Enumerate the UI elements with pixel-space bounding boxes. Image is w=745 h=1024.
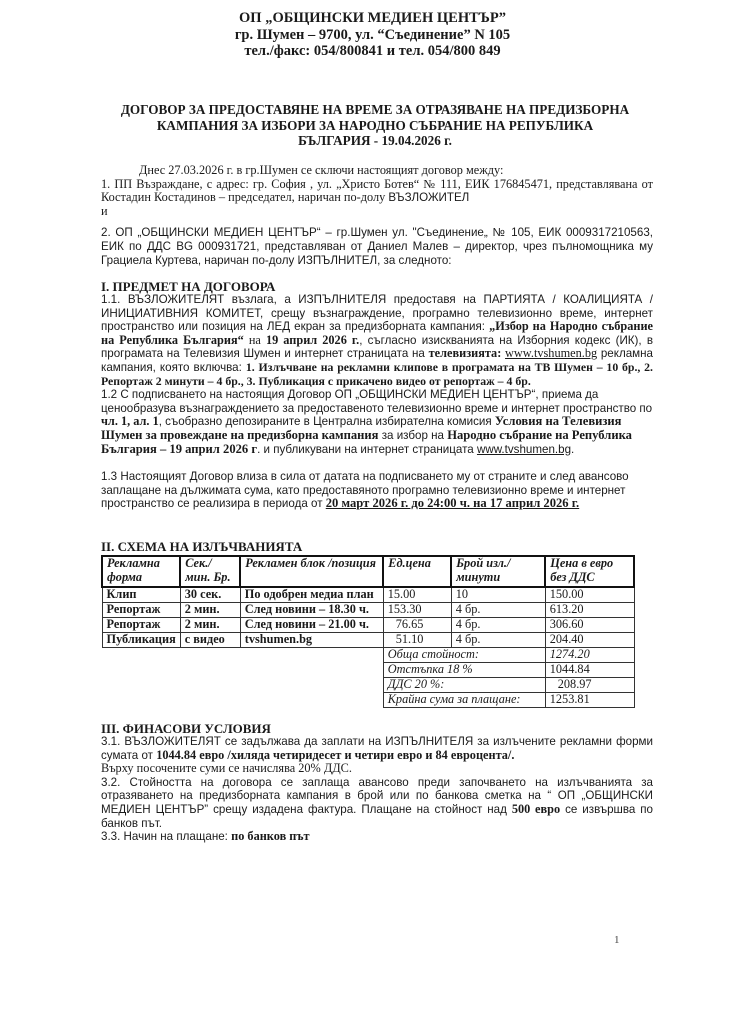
clause-1-3: 1.3 Настоящият Договор влиза в сила от д… [101, 470, 653, 511]
letterhead-address: гр. Шумен – 9700, ул. “Съединение” N 105 [0, 27, 745, 44]
contract-page: ОП „ОБЩИНСКИ МЕДИЕН ЦЕНТЪР” гр. Шумен – … [0, 0, 745, 1024]
clause-3-1-vat: Върху посочените суми се начислява 20% Д… [101, 762, 653, 776]
section-2-heading: II. СХЕМА НА ИЗЛЪЧВАНИЯТА [101, 539, 302, 555]
party-2-role: ИЗПЪЛНИТЕЛ [298, 254, 378, 267]
table-row: Клип 30 сек. По одобрен медиа план 15.00… [102, 587, 634, 603]
broadcast-schedule-table: Рекламна форма Сек./мин. Бр. Рекламен бл… [101, 555, 635, 708]
col-header: Сек./мин. Бр. [180, 556, 240, 587]
letterhead-org-name: ОП „ОБЩИНСКИ МЕДИЕН ЦЕНТЪР” [0, 10, 745, 27]
clause-3-3: 3.3. Начин на плащане: по банков път [101, 830, 653, 844]
totals-row: Крайна сума за плащане: 1253.81 [102, 693, 634, 708]
clause-1-2: 1.2 С подписването на настоящия Договор … [101, 388, 653, 456]
section-1-body: 1.1. ВЪЗЛОЖИТЕЛЯТ възлага, а ИЗПЪЛНИТЕЛЯ… [101, 293, 653, 511]
col-header: Брой изл./ минути [451, 556, 545, 587]
clause-3-2: 3.2. Стойността на договора се заплаща а… [101, 776, 653, 830]
party-1-role: ВЪЗЛОЖИТЕЛ [388, 191, 469, 204]
opening-line: Днес 27.03.2026 г. в гр.Шумен се сключи … [101, 164, 653, 178]
letterhead-phone: тел./факс: 054/800841 и тел. 054/800 849 [0, 43, 745, 60]
col-header: Цена в евро без ДДС [545, 556, 634, 587]
page-number: 1 [614, 934, 620, 946]
tvshumen-link[interactable]: www.tvshumen.bg [505, 346, 597, 360]
totals-row: Отстъпка 18 % 1044.84 [102, 663, 634, 678]
letterhead: ОП „ОБЩИНСКИ МЕДИЕН ЦЕНТЪР” гр. Шумен – … [0, 10, 745, 60]
title-line-3: БЪЛГАРИЯ - 19.04.2026 г. [95, 133, 655, 149]
parties-block: Днес 27.03.2026 г. в гр.Шумен се сключи … [101, 164, 653, 267]
title-line-2: КАМПАНИЯ ЗА ИЗБОРИ ЗА НАРОДНО СЪБРАНИЕ Н… [95, 118, 655, 134]
party-1: 1. ПП Възраждане, с адрес: гр. София , у… [101, 178, 653, 205]
table-row: Репортаж 2 мин. След новини – 18.30 ч. 1… [102, 603, 634, 618]
clause-3-1: 3.1. ВЪЗЛОЖИТЕЛЯТ се задължава да заплат… [101, 735, 653, 762]
table-row: Репортаж 2 мин. След новини – 21.00 ч. 7… [102, 618, 634, 633]
table-header-row: Рекламна форма Сек./мин. Бр. Рекламен бл… [102, 556, 634, 587]
totals-row: ДДС 20 %: 208.97 [102, 678, 634, 693]
and-line: и [101, 205, 653, 219]
title-line-1: ДОГОВОР ЗА ПРЕДОСТАВЯНЕ НА ВРЕМЕ ЗА ОТРА… [95, 102, 655, 118]
section-3-body: 3.1. ВЪЗЛОЖИТЕЛЯТ се задължава да заплат… [101, 735, 653, 844]
col-header: Ед.цена [383, 556, 451, 587]
party-2: 2. ОП „ОБЩИНСКИ МЕДИЕН ЦЕНТЪР“ – гр.Шуме… [101, 226, 653, 267]
tvshumen-link-2[interactable]: www.tvshumen.bg [477, 443, 571, 456]
clause-1-1: 1.1. ВЪЗЛОЖИТЕЛЯТ възлага, а ИЗПЪЛНИТЕЛЯ… [101, 293, 653, 388]
col-header: Рекламна форма [102, 556, 180, 587]
document-title: ДОГОВОР ЗА ПРЕДОСТАВЯНЕ НА ВРЕМЕ ЗА ОТРА… [95, 102, 655, 149]
col-header: Рекламен блок /позиция [240, 556, 383, 587]
table-row: Публикация с видео tvshumen.bg 51.10 4 б… [102, 633, 634, 648]
totals-row: Обща стойност: 1274.20 [102, 648, 634, 663]
